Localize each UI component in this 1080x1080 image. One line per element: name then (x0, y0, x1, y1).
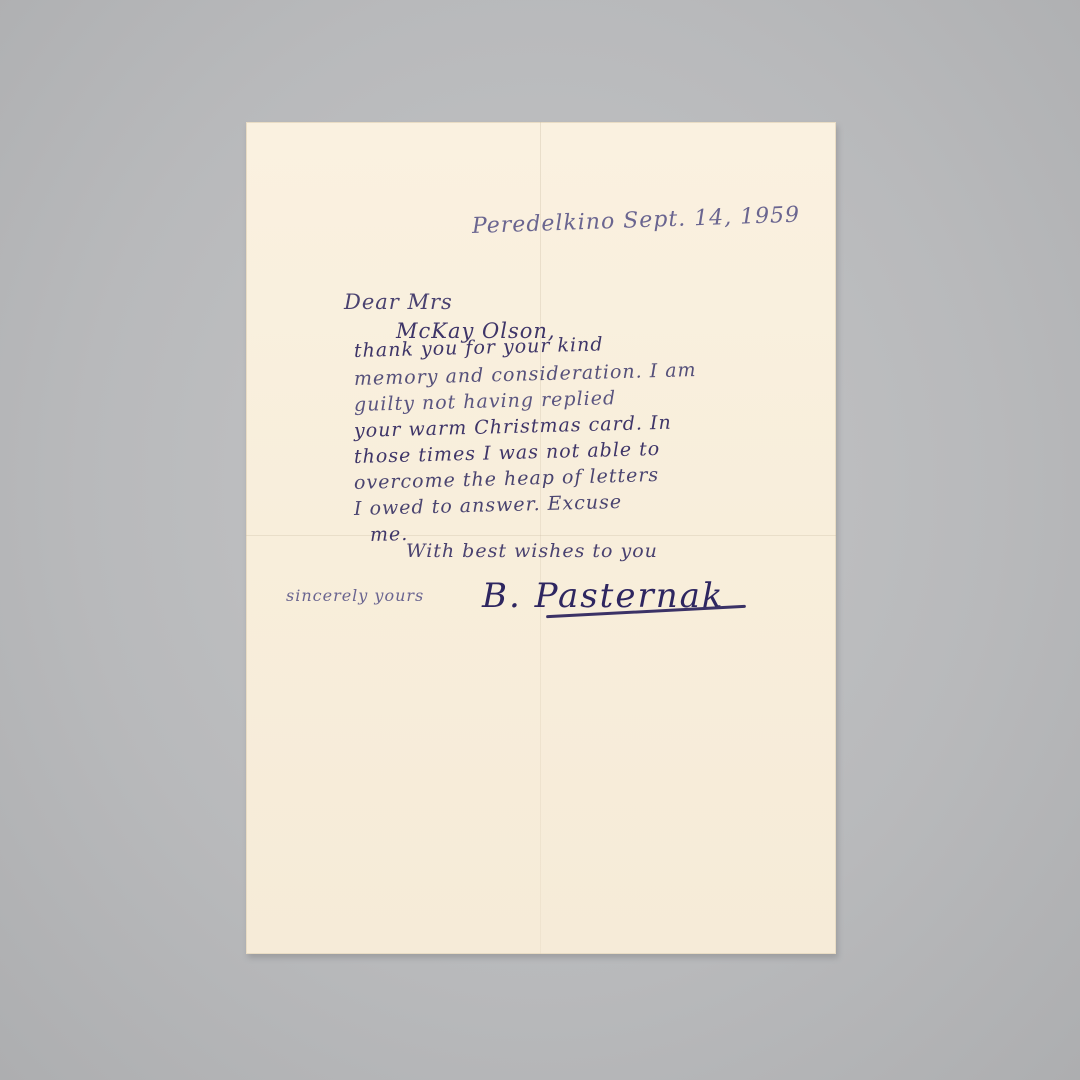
body-line: memory and consideration. I am (354, 359, 697, 390)
salutation: Dear Mrs (344, 290, 453, 314)
place-date: Peredelkino Sept. 14, 1959 (472, 203, 801, 239)
body-line: those times I was not able to (354, 438, 661, 468)
body-line: thank you for your kind (354, 333, 604, 362)
horizontal-fold-line (246, 535, 836, 536)
body-line: guilty not having replied (354, 387, 617, 416)
body-line: I owed to answer. Excuse (354, 491, 623, 520)
vertical-fold-line (540, 122, 541, 954)
body-line: overcome the heap of letters (354, 464, 660, 494)
body-line: your warm Christmas card. In (354, 412, 672, 442)
letter-paper: Peredelkino Sept. 14, 1959 Dear Mrs McKa… (246, 122, 836, 954)
signoff: sincerely yours (286, 586, 424, 605)
closing: With best wishes to you (406, 540, 658, 562)
body-line: me. (370, 523, 409, 546)
